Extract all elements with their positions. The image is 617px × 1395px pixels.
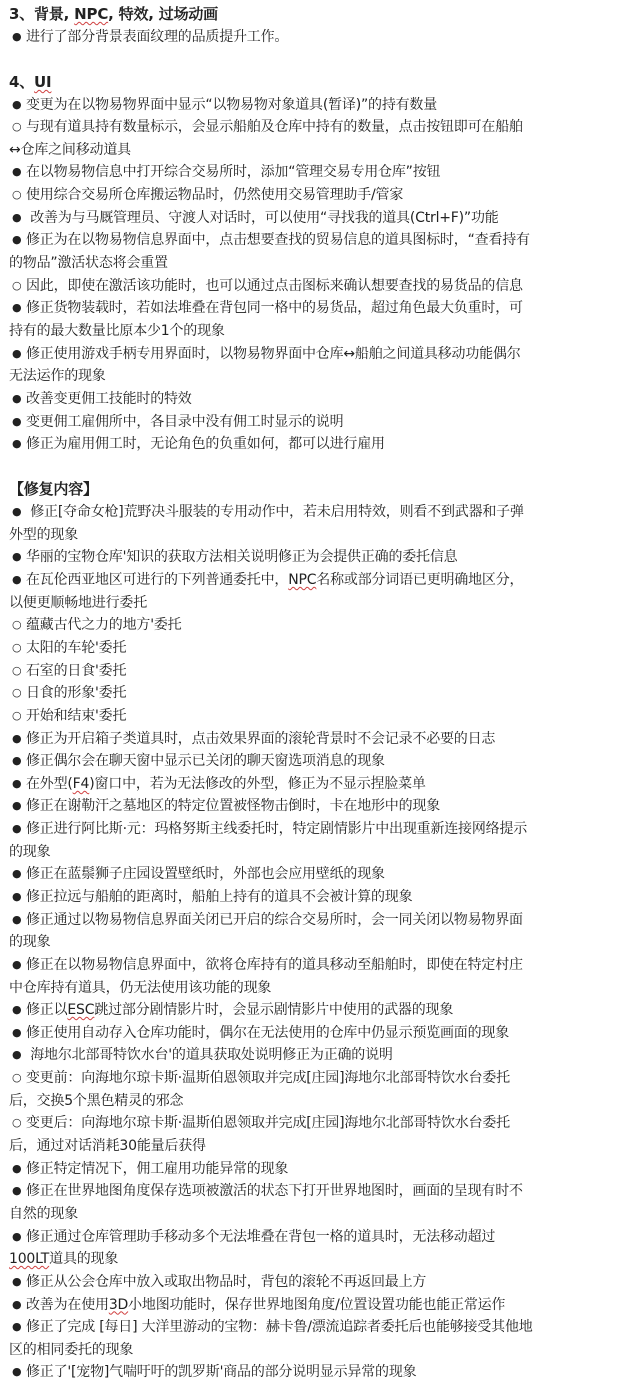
- filled-bullet-icon: ●: [12, 501, 26, 524]
- filled-bullet-icon: ●: [12, 207, 26, 230]
- line-text: 无法运作的现象: [9, 368, 106, 384]
- line-text: 修正[夺命女枪]荒野决斗服装的专用动作中，若未启用特效，则看不到武器和子弹: [26, 504, 524, 520]
- sub-list-item: ○石室的日食'委托: [9, 660, 617, 683]
- line-text: 修正为雇用佣工时，无论角色的负重如何，都可以进行雇用: [26, 436, 385, 452]
- list-item: ●修正使用自动存入仓库功能时，偶尔在无法使用的仓库中仍显示预览画面的现象: [9, 1022, 617, 1045]
- list-item-continuation: 的现象: [9, 931, 617, 954]
- line-text: 修正在蓝鬃狮子庄园设置壁纸时，外部也会应用壁纸的现象: [26, 866, 385, 882]
- line-text: 修正拉远与船舶的距离时，船舶上持有的道具不会被计算的现象: [26, 889, 412, 905]
- hollow-bullet-icon: ○: [12, 116, 26, 139]
- list-item: ● 修正[夺命女枪]荒野决斗服装的专用动作中，若未启用特效，则看不到武器和子弹: [9, 501, 617, 524]
- line-text: 海地尔北部哥特饮水台'的道具获取处说明修正为正确的说明: [26, 1047, 393, 1063]
- line-text: 修正为在以物易物信息界面中，点击想要查找的贸易信息的道具图标时，“查看持有: [26, 232, 530, 248]
- hollow-bullet-icon: ○: [12, 275, 26, 298]
- list-item: ●修正在谢勒汗之墓地区的特定位置被怪物击倒时，卡在地形中的现象: [9, 795, 617, 818]
- spellcheck-underline: 3D: [109, 1297, 128, 1313]
- line-text: 自然的现象: [9, 1206, 78, 1222]
- filled-bullet-icon: ●: [12, 388, 26, 411]
- filled-bullet-icon: ●: [12, 26, 26, 49]
- filled-bullet-icon: ●: [12, 1316, 26, 1339]
- line-text: 后，通过对话消耗30能量后获得: [9, 1138, 206, 1154]
- line-text: 以便更顺畅地进行委托: [9, 595, 147, 611]
- line-text: 开始和结束'委托: [26, 708, 126, 724]
- line-text: 日食的形象'委托: [26, 685, 126, 701]
- list-item-continuation: 自然的现象: [9, 1203, 617, 1226]
- list-item: ●修正拉远与船舶的距离时，船舶上持有的道具不会被计算的现象: [9, 886, 617, 909]
- filled-bullet-icon: ●: [12, 1361, 26, 1384]
- line-text: 因此，即使在激活该功能时，也可以通过点击图标来确认想要查找的易货品的信息: [26, 278, 523, 294]
- sub-list-item: ○使用综合交易所仓库搬运物品时，仍然使用交易管理助手/管家: [9, 184, 617, 207]
- line-text: 与现有道具持有数量标示，会显示船舶及仓库中持有的数量，点击按钮即可在船舶: [26, 119, 523, 135]
- list-item: ●修正为在以物易物信息界面中，点击想要查找的贸易信息的道具图标时，“查看持有: [9, 229, 617, 252]
- list-item-continuation: 无法运作的现象: [9, 365, 617, 388]
- list-item-continuation: 后，通过对话消耗30能量后获得: [9, 1135, 617, 1158]
- list-item: ●修正使用游戏手柄专用界面时，以物易物界面中仓库↔船舶之间道具移动功能偶尔: [9, 343, 617, 366]
- list-item: ●修正从公会仓库中放入或取出物品时，背包的滚轮不再返回最上方: [9, 1271, 617, 1294]
- filled-bullet-icon: ●: [12, 1294, 26, 1317]
- list-item-continuation: ↔仓库之间移动道具: [9, 139, 617, 162]
- spellcheck-underline: UI: [34, 73, 51, 91]
- filled-bullet-icon: ●: [12, 297, 26, 320]
- filled-bullet-icon: ●: [12, 1044, 26, 1067]
- line-text: 变更后：向海地尔琼卡斯·温斯伯恩领取并完成[庄园]海地尔北部哥特饮水台委托: [26, 1115, 510, 1131]
- spellcheck-underline: 100LT: [9, 1251, 49, 1267]
- filled-bullet-icon: ●: [12, 411, 26, 434]
- line-text: 修正使用游戏手柄专用界面时，以物易物界面中仓库↔船舶之间道具移动功能偶尔: [26, 346, 521, 362]
- list-item: ●修正货物装载时，若如法堆叠在背包同一格中的易货品，超过角色最大负重时，可: [9, 297, 617, 320]
- line-text: 修正以ESC跳过部分剧情影片时，会显示剧情影片中使用的武器的现象: [26, 1002, 453, 1018]
- line-text: 持有的最大数量比原本少1个的现象: [9, 323, 225, 339]
- filled-bullet-icon: ●: [12, 954, 26, 977]
- line-text: 变更前：向海地尔琼卡斯·温斯伯恩领取并完成[庄园]海地尔北部哥特饮水台委托: [26, 1070, 510, 1086]
- list-item: ●修正为开启箱子类道具时，点击效果界面的滚轮背景时不会记录不必要的日志: [9, 728, 617, 751]
- line-text: 3、背景, NPC, 特效, 过场动画: [9, 5, 218, 23]
- hollow-bullet-icon: ○: [12, 1067, 26, 1090]
- sub-list-item: ○日食的形象'委托: [9, 682, 617, 705]
- list-item-continuation: 中仓库持有道具，仍无法使用该功能的现象: [9, 977, 617, 1000]
- spellcheck-underline: ESC: [67, 1002, 94, 1018]
- list-item: ●修正通过仓库管理助手移动多个无法堆叠在背包一格的道具时，无法移动超过: [9, 1226, 617, 1249]
- sub-list-item: ○开始和结束'委托: [9, 705, 617, 728]
- list-item: ●修正偶尔会在聊天窗中显示已关闭的聊天窗选项消息的现象: [9, 750, 617, 773]
- filled-bullet-icon: ●: [12, 818, 26, 841]
- line-text: 改善为与马厩管理员、守渡人对话时，可以使用“寻找我的道具(Ctrl+F)”功能: [26, 210, 499, 226]
- filled-bullet-icon: ●: [12, 1158, 26, 1181]
- patch-notes-document: 3、背景, NPC, 特效, 过场动画●进行了部分背景表面纹理的品质提升工作。4…: [0, 0, 617, 1384]
- line-text: 修正了'[宠物]气喘吁吁的凯罗斯'商品的部分说明显示异常的现象: [26, 1364, 416, 1380]
- list-item: ●修正在世界地图角度保存选项被激活的状态下打开世界地图时，画面的呈现有时不: [9, 1180, 617, 1203]
- list-item-continuation: 以便更顺畅地进行委托: [9, 592, 617, 615]
- spellcheck-underline: NPC: [288, 572, 316, 588]
- line-text: 太阳的车轮'委托: [26, 640, 126, 656]
- filled-bullet-icon: ●: [12, 750, 26, 773]
- line-text: 改善变更佣工技能时的特效: [26, 391, 192, 407]
- line-text: 后，交换5个黑色精灵的邪念: [9, 1093, 183, 1109]
- line-text: 修正通过仓库管理助手移动多个无法堆叠在背包一格的道具时，无法移动超过: [26, 1229, 495, 1245]
- filled-bullet-icon: ●: [12, 1226, 26, 1249]
- blank-line: [9, 456, 617, 479]
- filled-bullet-icon: ●: [12, 909, 26, 932]
- list-item: ●修正通过以物易物信息界面关闭已开启的综合交易所时，会一同关闭以物易物界面: [9, 909, 617, 932]
- list-item-continuation: 100LT道具的现象: [9, 1248, 617, 1271]
- list-item: ● 海地尔北部哥特饮水台'的道具获取处说明修正为正确的说明: [9, 1044, 617, 1067]
- line-text: 修正使用自动存入仓库功能时，偶尔在无法使用的仓库中仍显示预览画面的现象: [26, 1025, 509, 1041]
- line-text: 修正从公会仓库中放入或取出物品时，背包的滚轮不再返回最上方: [26, 1274, 426, 1290]
- line-text: ↔仓库之间移动道具: [9, 142, 131, 158]
- sub-list-item: ○蕴藏古代之力的地方'委托: [9, 614, 617, 637]
- line-text: 蕴藏古代之力的地方'委托: [26, 617, 181, 633]
- list-item-continuation: 持有的最大数量比原本少1个的现象: [9, 320, 617, 343]
- section-heading: 3、背景, NPC, 特效, 过场动画: [9, 3, 617, 26]
- line-text: 修正在以物易物信息界面中，欲将仓库持有的道具移动至船舶时，即使在特定村庄: [26, 957, 523, 973]
- line-text: 在以物易物信息中打开综合交易所时，添加“管理交易专用仓库”按钮: [26, 164, 440, 180]
- filled-bullet-icon: ●: [12, 94, 26, 117]
- filled-bullet-icon: ●: [12, 229, 26, 252]
- blank-line: [9, 48, 617, 71]
- line-text: 修正货物装载时，若如法堆叠在背包同一格中的易货品，超过角色最大负重时，可: [26, 300, 523, 316]
- list-item-continuation: 的现象: [9, 841, 617, 864]
- filled-bullet-icon: ●: [12, 886, 26, 909]
- hollow-bullet-icon: ○: [12, 660, 26, 683]
- list-item: ●华丽的宝物仓库'知识的获取方法相关说明修正为会提供正确的委托信息: [9, 546, 617, 569]
- list-item: ●修正了完成 [每日] 大洋里游动的宝物：赫卡鲁/漂流追踪者委托后也能够接受其他…: [9, 1316, 617, 1339]
- line-text: 进行了部分背景表面纹理的品质提升工作。: [26, 29, 288, 45]
- filled-bullet-icon: ●: [12, 1271, 26, 1294]
- hollow-bullet-icon: ○: [12, 637, 26, 660]
- filled-bullet-icon: ●: [12, 343, 26, 366]
- line-text: 修正特定情况下，佣工雇用功能异常的现象: [26, 1161, 288, 1177]
- list-item: ●进行了部分背景表面纹理的品质提升工作。: [9, 26, 617, 49]
- line-text: 使用综合交易所仓库搬运物品时，仍然使用交易管理助手/管家: [26, 187, 403, 203]
- line-text: 修正为开启箱子类道具时，点击效果界面的滚轮背景时不会记录不必要的日志: [26, 731, 495, 747]
- line-text: 区的相同委托的现象: [9, 1342, 133, 1358]
- section-heading: 4、UI: [9, 71, 617, 94]
- line-text: 修正进行阿比斯·元：玛格努斯主线委托时，特定剧情影片中出现重新连接网络提示: [26, 821, 527, 837]
- line-text: 的物品”激活状态将会重置: [9, 255, 168, 271]
- list-item: ● 改善为与马厩管理员、守渡人对话时，可以使用“寻找我的道具(Ctrl+F)”功…: [9, 207, 617, 230]
- line-text: 【修复内容】: [9, 480, 98, 498]
- line-text: 变更为在以物易物界面中显示“以物易物对象道具(暂译)”的持有数量: [26, 97, 437, 113]
- list-item: ●修正在以物易物信息界面中，欲将仓库持有的道具移动至船舶时，即使在特定村庄: [9, 954, 617, 977]
- line-text: 石室的日食'委托: [26, 663, 126, 679]
- list-item: ●在瓦伦西亚地区可进行的下列普通委托中，NPC名称或部分词语已更明确地区分，: [9, 569, 617, 592]
- list-item: ●在以物易物信息中打开综合交易所时，添加“管理交易专用仓库”按钮: [9, 161, 617, 184]
- list-item: ●变更为在以物易物界面中显示“以物易物对象道具(暂译)”的持有数量: [9, 94, 617, 117]
- line-text: 华丽的宝物仓库'知识的获取方法相关说明修正为会提供正确的委托信息: [26, 549, 457, 565]
- line-text: 的现象: [9, 934, 50, 950]
- line-text: 中仓库持有道具，仍无法使用该功能的现象: [9, 980, 271, 996]
- filled-bullet-icon: ●: [12, 433, 26, 456]
- hollow-bullet-icon: ○: [12, 614, 26, 637]
- line-text: 4、UI: [9, 73, 51, 91]
- line-text: 在外型(F4)窗口中，若为无法修改的外型，修正为不显示捏脸菜单: [26, 776, 426, 792]
- line-text: 修正在谢勒汗之墓地区的特定位置被怪物击倒时，卡在地形中的现象: [26, 798, 440, 814]
- sub-list-item: ○变更后：向海地尔琼卡斯·温斯伯恩领取并完成[庄园]海地尔北部哥特饮水台委托: [9, 1112, 617, 1135]
- filled-bullet-icon: ●: [12, 569, 26, 592]
- filled-bullet-icon: ●: [12, 161, 26, 184]
- list-item: ●变更佣工雇佣所中，各目录中没有佣工时显示的说明: [9, 411, 617, 434]
- list-item-continuation: 后，交换5个黑色精灵的邪念: [9, 1090, 617, 1113]
- filled-bullet-icon: ●: [12, 773, 26, 796]
- list-item: ●修正为雇用佣工时，无论角色的负重如何，都可以进行雇用: [9, 433, 617, 456]
- hollow-bullet-icon: ○: [12, 705, 26, 728]
- line-text: 修正在世界地图角度保存选项被激活的状态下打开世界地图时，画面的呈现有时不: [26, 1183, 523, 1199]
- hollow-bullet-icon: ○: [12, 184, 26, 207]
- filled-bullet-icon: ●: [12, 1022, 26, 1045]
- spellcheck-underline: F4: [73, 776, 90, 792]
- list-item: ●修正进行阿比斯·元：玛格努斯主线委托时，特定剧情影片中出现重新连接网络提示: [9, 818, 617, 841]
- list-item: ●改善为在使用3D小地图功能时，保存世界地图角度/位置设置功能也能正常运作: [9, 1294, 617, 1317]
- filled-bullet-icon: ●: [12, 1180, 26, 1203]
- list-item-continuation: 的物品”激活状态将会重置: [9, 252, 617, 275]
- filled-bullet-icon: ●: [12, 863, 26, 886]
- section-heading: 【修复内容】: [9, 478, 617, 501]
- list-item-continuation: 区的相同委托的现象: [9, 1339, 617, 1362]
- filled-bullet-icon: ●: [12, 546, 26, 569]
- line-text: 在瓦伦西亚地区可进行的下列普通委托中，NPC名称或部分词语已更明确地区分，: [26, 572, 523, 588]
- list-item: ●修正特定情况下，佣工雇用功能异常的现象: [9, 1158, 617, 1181]
- filled-bullet-icon: ●: [12, 999, 26, 1022]
- list-item: ●在外型(F4)窗口中，若为无法修改的外型，修正为不显示捏脸菜单: [9, 773, 617, 796]
- hollow-bullet-icon: ○: [12, 1112, 26, 1135]
- list-item: ●修正了'[宠物]气喘吁吁的凯罗斯'商品的部分说明显示异常的现象: [9, 1361, 617, 1384]
- line-text: 的现象: [9, 844, 50, 860]
- line-text: 修正偶尔会在聊天窗中显示已关闭的聊天窗选项消息的现象: [26, 753, 385, 769]
- sub-list-item: ○因此，即使在激活该功能时，也可以通过点击图标来确认想要查找的易货品的信息: [9, 275, 617, 298]
- sub-list-item: ○与现有道具持有数量标示，会显示船舶及仓库中持有的数量，点击按钮即可在船舶: [9, 116, 617, 139]
- filled-bullet-icon: ●: [12, 795, 26, 818]
- sub-list-item: ○太阳的车轮'委托: [9, 637, 617, 660]
- list-item-continuation: 外型的现象: [9, 524, 617, 547]
- spellcheck-underline: NPC: [74, 5, 108, 23]
- list-item: ●改善变更佣工技能时的特效: [9, 388, 617, 411]
- hollow-bullet-icon: ○: [12, 682, 26, 705]
- line-text: 改善为在使用3D小地图功能时，保存世界地图角度/位置设置功能也能正常运作: [26, 1297, 505, 1313]
- line-text: 外型的现象: [9, 527, 78, 543]
- line-text: 变更佣工雇佣所中，各目录中没有佣工时显示的说明: [26, 414, 343, 430]
- line-text: 修正通过以物易物信息界面关闭已开启的综合交易所时，会一同关闭以物易物界面: [26, 912, 523, 928]
- sub-list-item: ○变更前：向海地尔琼卡斯·温斯伯恩领取并完成[庄园]海地尔北部哥特饮水台委托: [9, 1067, 617, 1090]
- filled-bullet-icon: ●: [12, 728, 26, 751]
- list-item: ●修正以ESC跳过部分剧情影片时，会显示剧情影片中使用的武器的现象: [9, 999, 617, 1022]
- line-text: 100LT道具的现象: [9, 1251, 118, 1267]
- line-text: 修正了完成 [每日] 大洋里游动的宝物：赫卡鲁/漂流追踪者委托后也能够接受其他地: [26, 1319, 533, 1335]
- list-item: ●修正在蓝鬃狮子庄园设置壁纸时，外部也会应用壁纸的现象: [9, 863, 617, 886]
